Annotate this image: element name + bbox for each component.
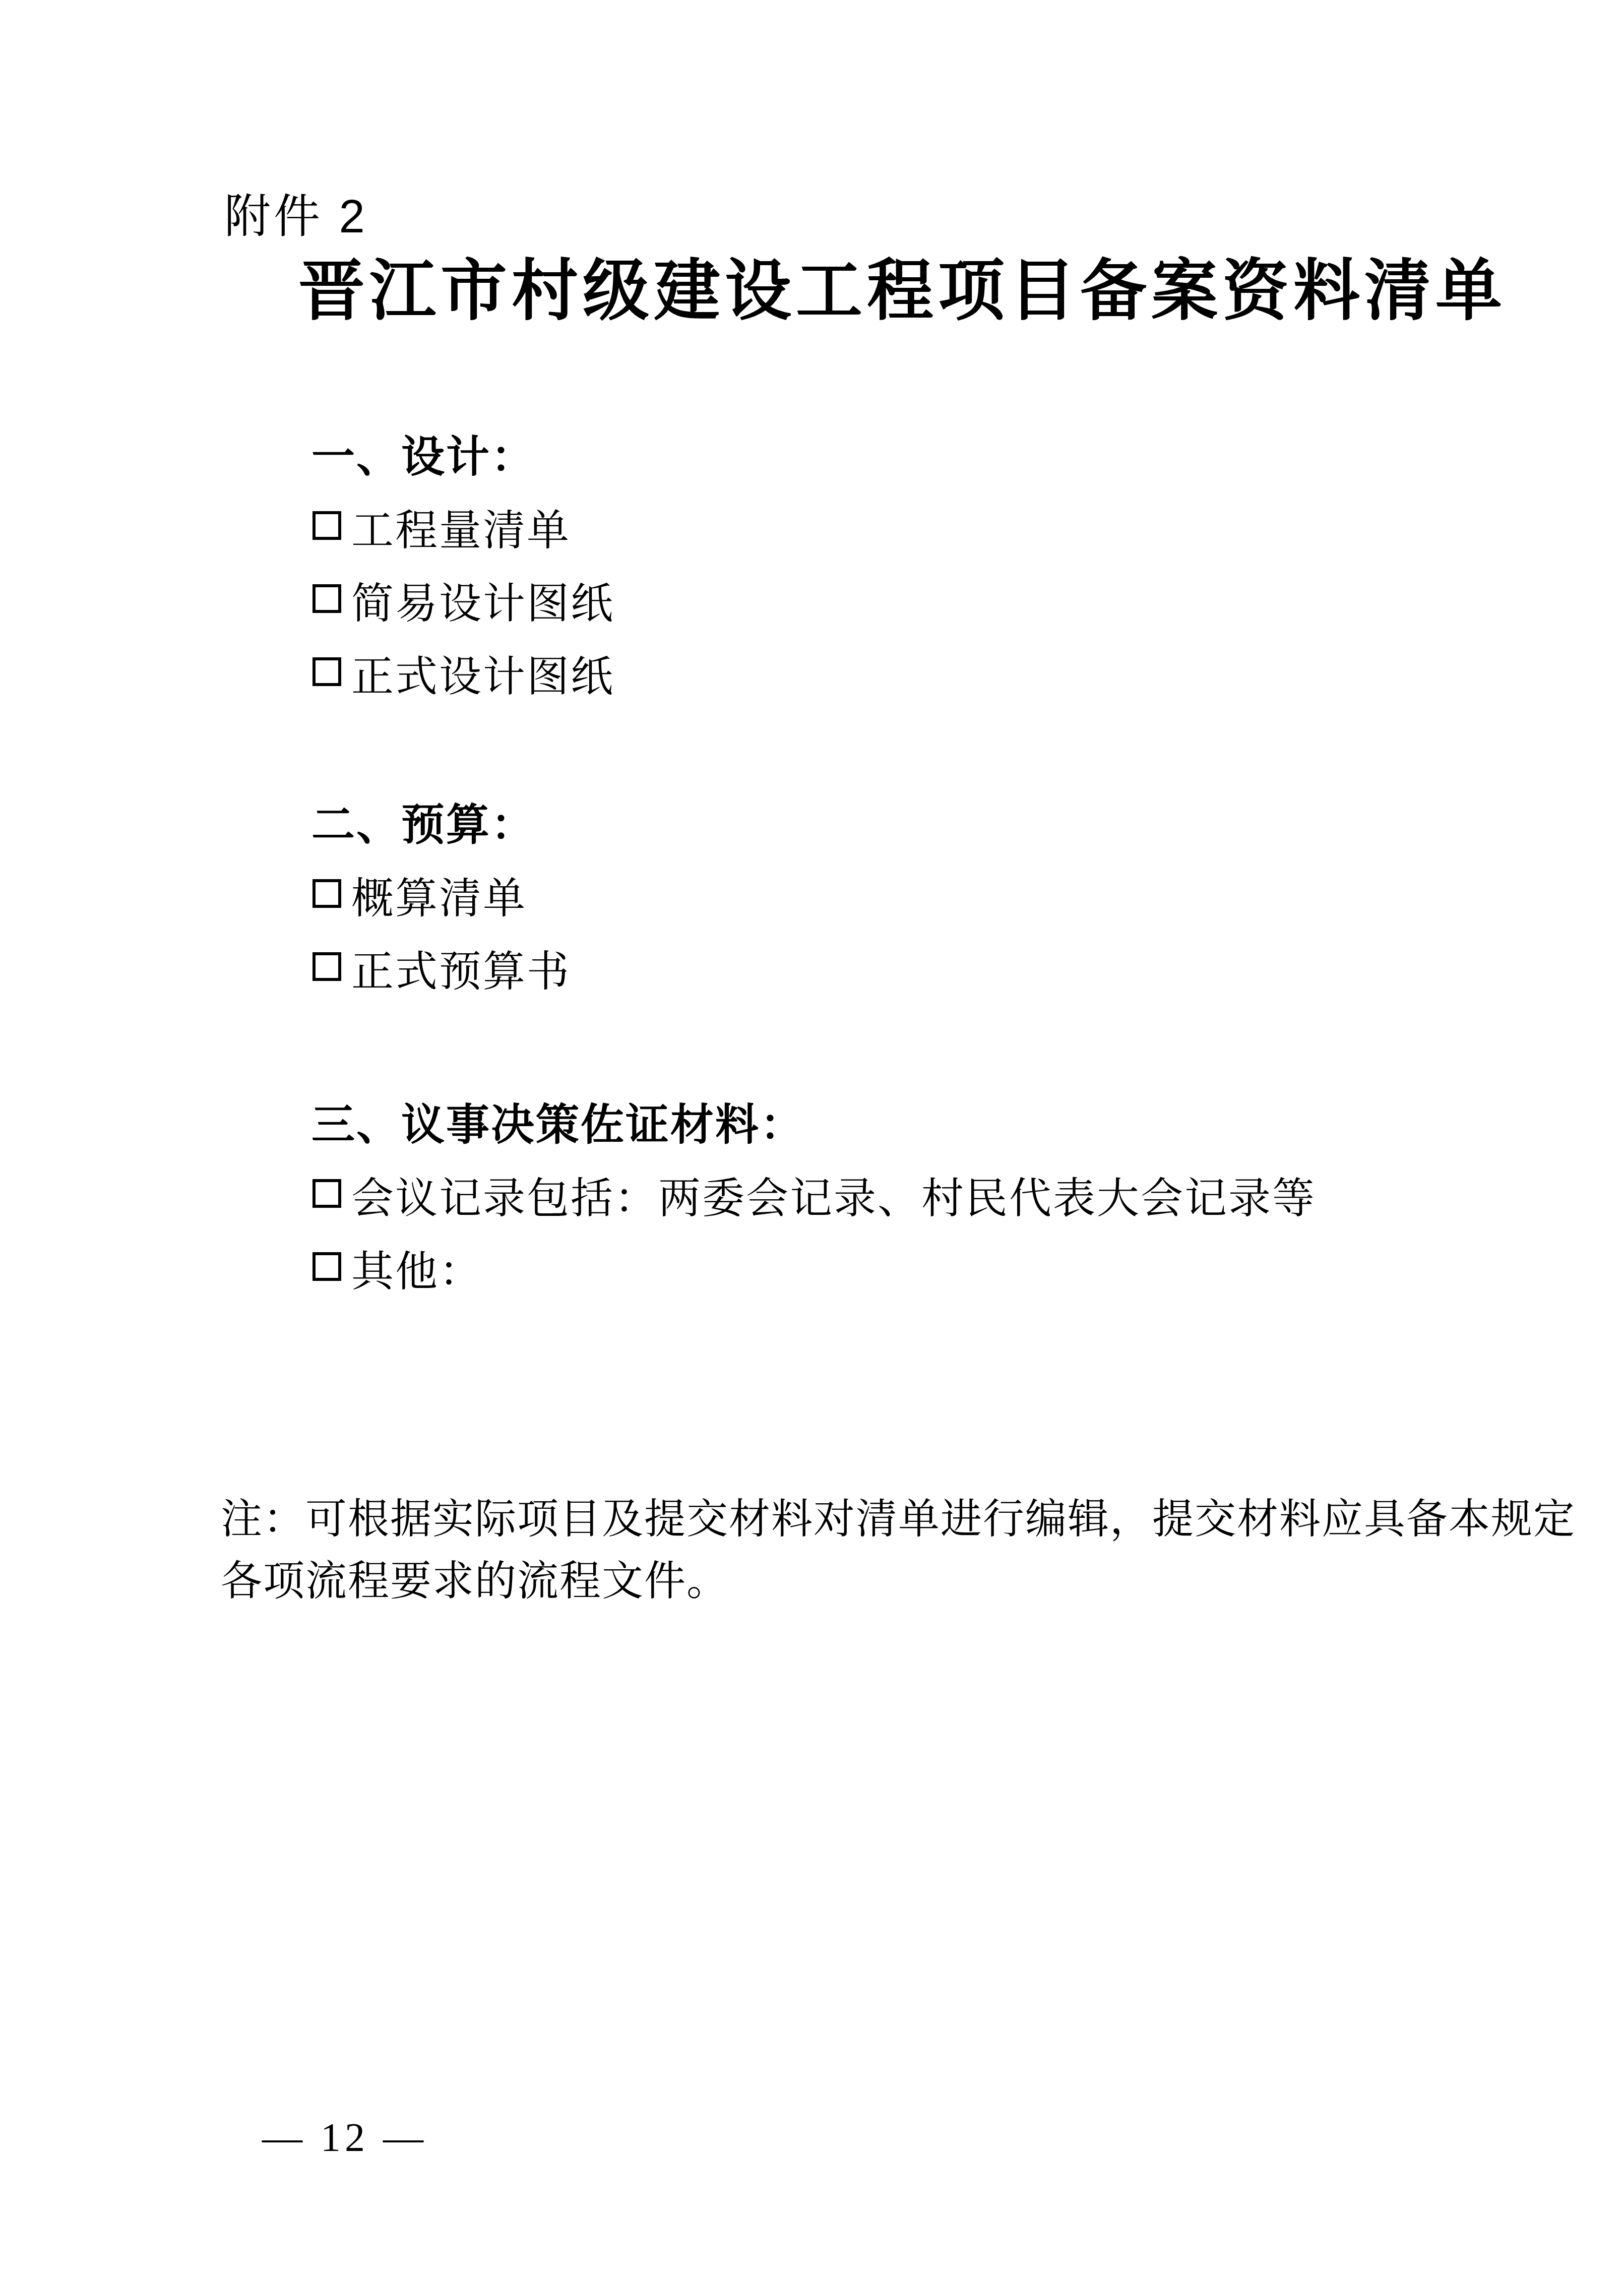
checklist-item: 正式设计图纸 bbox=[313, 648, 614, 698]
checklist-item-label: 正式设计图纸 bbox=[351, 643, 614, 704]
note-text: 注：可根据实际项目及提交材料对清单进行编辑，提交材料应具备本规定 各项流程要求的… bbox=[221, 1488, 1531, 1612]
checklist-item: 概算清单 bbox=[313, 870, 527, 920]
checklist-item-label: 简易设计图纸 bbox=[351, 570, 614, 631]
section-heading-design: 一、设计： bbox=[311, 433, 536, 482]
checklist-item-label: 正式预算书 bbox=[351, 938, 571, 999]
checkbox-icon bbox=[313, 657, 341, 686]
checkbox-icon bbox=[313, 1179, 341, 1208]
note-line: 各项流程要求的流程文件。 bbox=[221, 1550, 1531, 1612]
checklist-item-label: 概算清单 bbox=[351, 865, 527, 926]
section-heading-decision-materials: 三、议事决策佐证材料： bbox=[311, 1100, 805, 1150]
checkbox-icon bbox=[313, 1252, 341, 1281]
checkbox-icon bbox=[313, 511, 341, 540]
checklist-item: 正式预算书 bbox=[313, 943, 571, 993]
checklist-item: 其他： bbox=[313, 1243, 483, 1293]
checklist-item-label: 工程量清单 bbox=[351, 497, 571, 558]
checkbox-icon bbox=[313, 584, 341, 613]
checklist-item-label: 会议记录包括：两委会记录、村民代表大会记录等 bbox=[351, 1164, 1316, 1225]
section-heading-budget: 二、预算： bbox=[311, 801, 536, 850]
checkbox-icon bbox=[313, 952, 341, 981]
note-line: 注：可根据实际项目及提交材料对清单进行编辑，提交材料应具备本规定 bbox=[221, 1488, 1531, 1550]
checkbox-icon bbox=[313, 879, 341, 908]
document-page: { "page": { "attachment_label": "附件 2", … bbox=[0, 0, 1624, 2277]
checklist-item-label: 其他： bbox=[351, 1238, 483, 1299]
checklist-item: 工程量清单 bbox=[313, 502, 571, 552]
attachment-label: 附件 2 bbox=[224, 192, 368, 242]
checklist-item: 简易设计图纸 bbox=[313, 575, 614, 625]
checklist-item: 会议记录包括：两委会记录、村民代表大会记录等 bbox=[313, 1170, 1316, 1220]
page-number: — 12 — bbox=[262, 2115, 427, 2161]
document-title: 晋江市村级建设工程项目备案资料清单 bbox=[298, 255, 1507, 328]
